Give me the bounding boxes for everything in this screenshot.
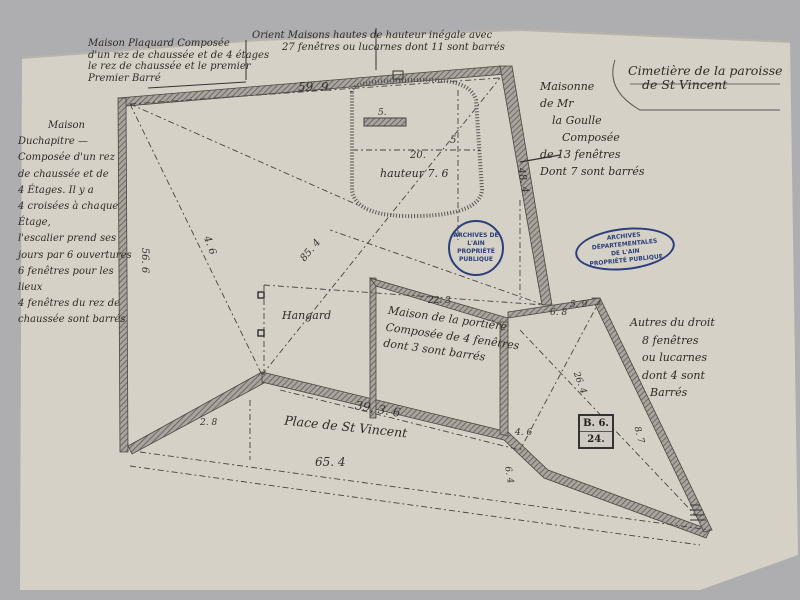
orient-line-2: 27 fenêtres ou lucarnes dont 11 sont bar…	[252, 42, 505, 54]
dim-tri-small: 2. 8	[200, 418, 217, 428]
duchapitre-line-5: 4 Étages. Il y a	[18, 183, 132, 199]
label-orient: Orient Maisons hautes de hauteur inégale…	[252, 30, 505, 53]
goulle-line-4: Composée	[540, 129, 644, 146]
plaquard-line-3: le rez de chaussée et le premier	[88, 61, 269, 73]
plaquard-line-2: d'un rez de chaussée et de 4 étages	[88, 50, 269, 62]
stamp-round-line-1: ARCHIVES DE L'AIN	[450, 232, 502, 248]
title-line-1: Cimetière de la paroisse	[628, 64, 783, 78]
dim-bottom-outer: 65. 4	[315, 455, 346, 469]
plaquard-line-4: Premier Barré	[88, 73, 269, 85]
plan-paper: Maison Plaquard Composée d'un rez de cha…	[0, 0, 800, 600]
autres-line-4: dont 4 sont	[630, 367, 715, 385]
duchapitre-line-13: chaussée sont barrés	[18, 312, 132, 328]
dim-small-a: 6. 8	[550, 308, 567, 318]
label-hangard: Hangard	[282, 310, 331, 323]
orient-word: Orient	[252, 30, 285, 41]
autres-line-2: 8 fenêtres	[630, 332, 715, 350]
autres-line-1: Autres du droit	[630, 314, 715, 332]
goulle-line-1: Maisonne	[540, 78, 644, 95]
orient-line-1: Maisons hautes de hauteur inégale avec	[288, 30, 492, 41]
dim-small-c: 4. 6	[515, 428, 532, 438]
duchapitre-line-2: Duchapitre —	[18, 134, 132, 150]
stamp-round-line-2: PROPRIÉTÉ	[457, 248, 495, 256]
label-hauteur: hauteur 7. 6	[380, 168, 449, 181]
duchapitre-line-3: Composée d'un rez	[18, 150, 132, 166]
duchapitre-line-11: lieux	[18, 280, 132, 296]
duchapitre-line-7: Étage,	[18, 215, 132, 231]
goulle-line-6: Dont 7 sont barrés	[540, 163, 644, 180]
stamp-round-line-3: PUBLIQUE	[459, 256, 493, 264]
duchapitre-line-10: 6 fenêtres pour les	[18, 264, 132, 280]
dim-small-g: 22. 3	[428, 296, 451, 306]
label-maison-goulle: Maisonne de Mr la Goulle Composée de 13 …	[540, 78, 644, 180]
label-maison-duchapitre: Maison Duchapitre — Composée d'un rez de…	[18, 118, 132, 328]
label-autres-du-droit: Autres du droit 8 fenêtres ou lucarnes d…	[630, 314, 715, 402]
autres-line-5: Barrés	[630, 384, 715, 402]
plaquard-line-1: Maison Plaquard Composée	[88, 38, 269, 50]
autres-line-3: ou lucarnes	[630, 349, 715, 367]
map-title: Cimetière de la paroisse de St Vincent	[628, 64, 783, 93]
cote-line-1: B. 6.	[580, 416, 612, 432]
title-line-2: de St Vincent	[628, 78, 783, 92]
duchapitre-line-9: jours par 6 ouvertures	[18, 248, 132, 264]
duchapitre-line-4: de chaussée et de	[18, 167, 132, 183]
duchapitre-line-12: 4 fenêtres du rez de	[18, 296, 132, 312]
duchapitre-line-8: l'escalier prend ses	[18, 231, 132, 247]
duchapitre-line-6: 4 croisées à chaque	[18, 199, 132, 215]
goulle-line-2: de Mr	[540, 95, 644, 112]
label-maison-plaquard: Maison Plaquard Composée d'un rez de cha…	[88, 38, 269, 84]
dim-inner-height: 5	[450, 135, 456, 146]
dim-inner-width: 20.	[410, 150, 426, 161]
cote-line-2: 24.	[580, 432, 612, 447]
dim-small-b: 5. 9	[570, 300, 587, 310]
goulle-line-5: de 13 fenêtres	[540, 146, 644, 163]
dim-top: 59. 9.	[298, 80, 332, 94]
archive-cote-box: B. 6. 24.	[578, 414, 614, 449]
dim-square: 5.	[378, 108, 387, 118]
stamp-archives-round: ARCHIVES DE L'AIN PROPRIÉTÉ PUBLIQUE	[448, 220, 504, 276]
dim-left: 56. 6	[139, 248, 150, 273]
goulle-line-3: la Goulle	[540, 112, 644, 129]
duchapitre-line-1: Maison	[18, 118, 132, 134]
